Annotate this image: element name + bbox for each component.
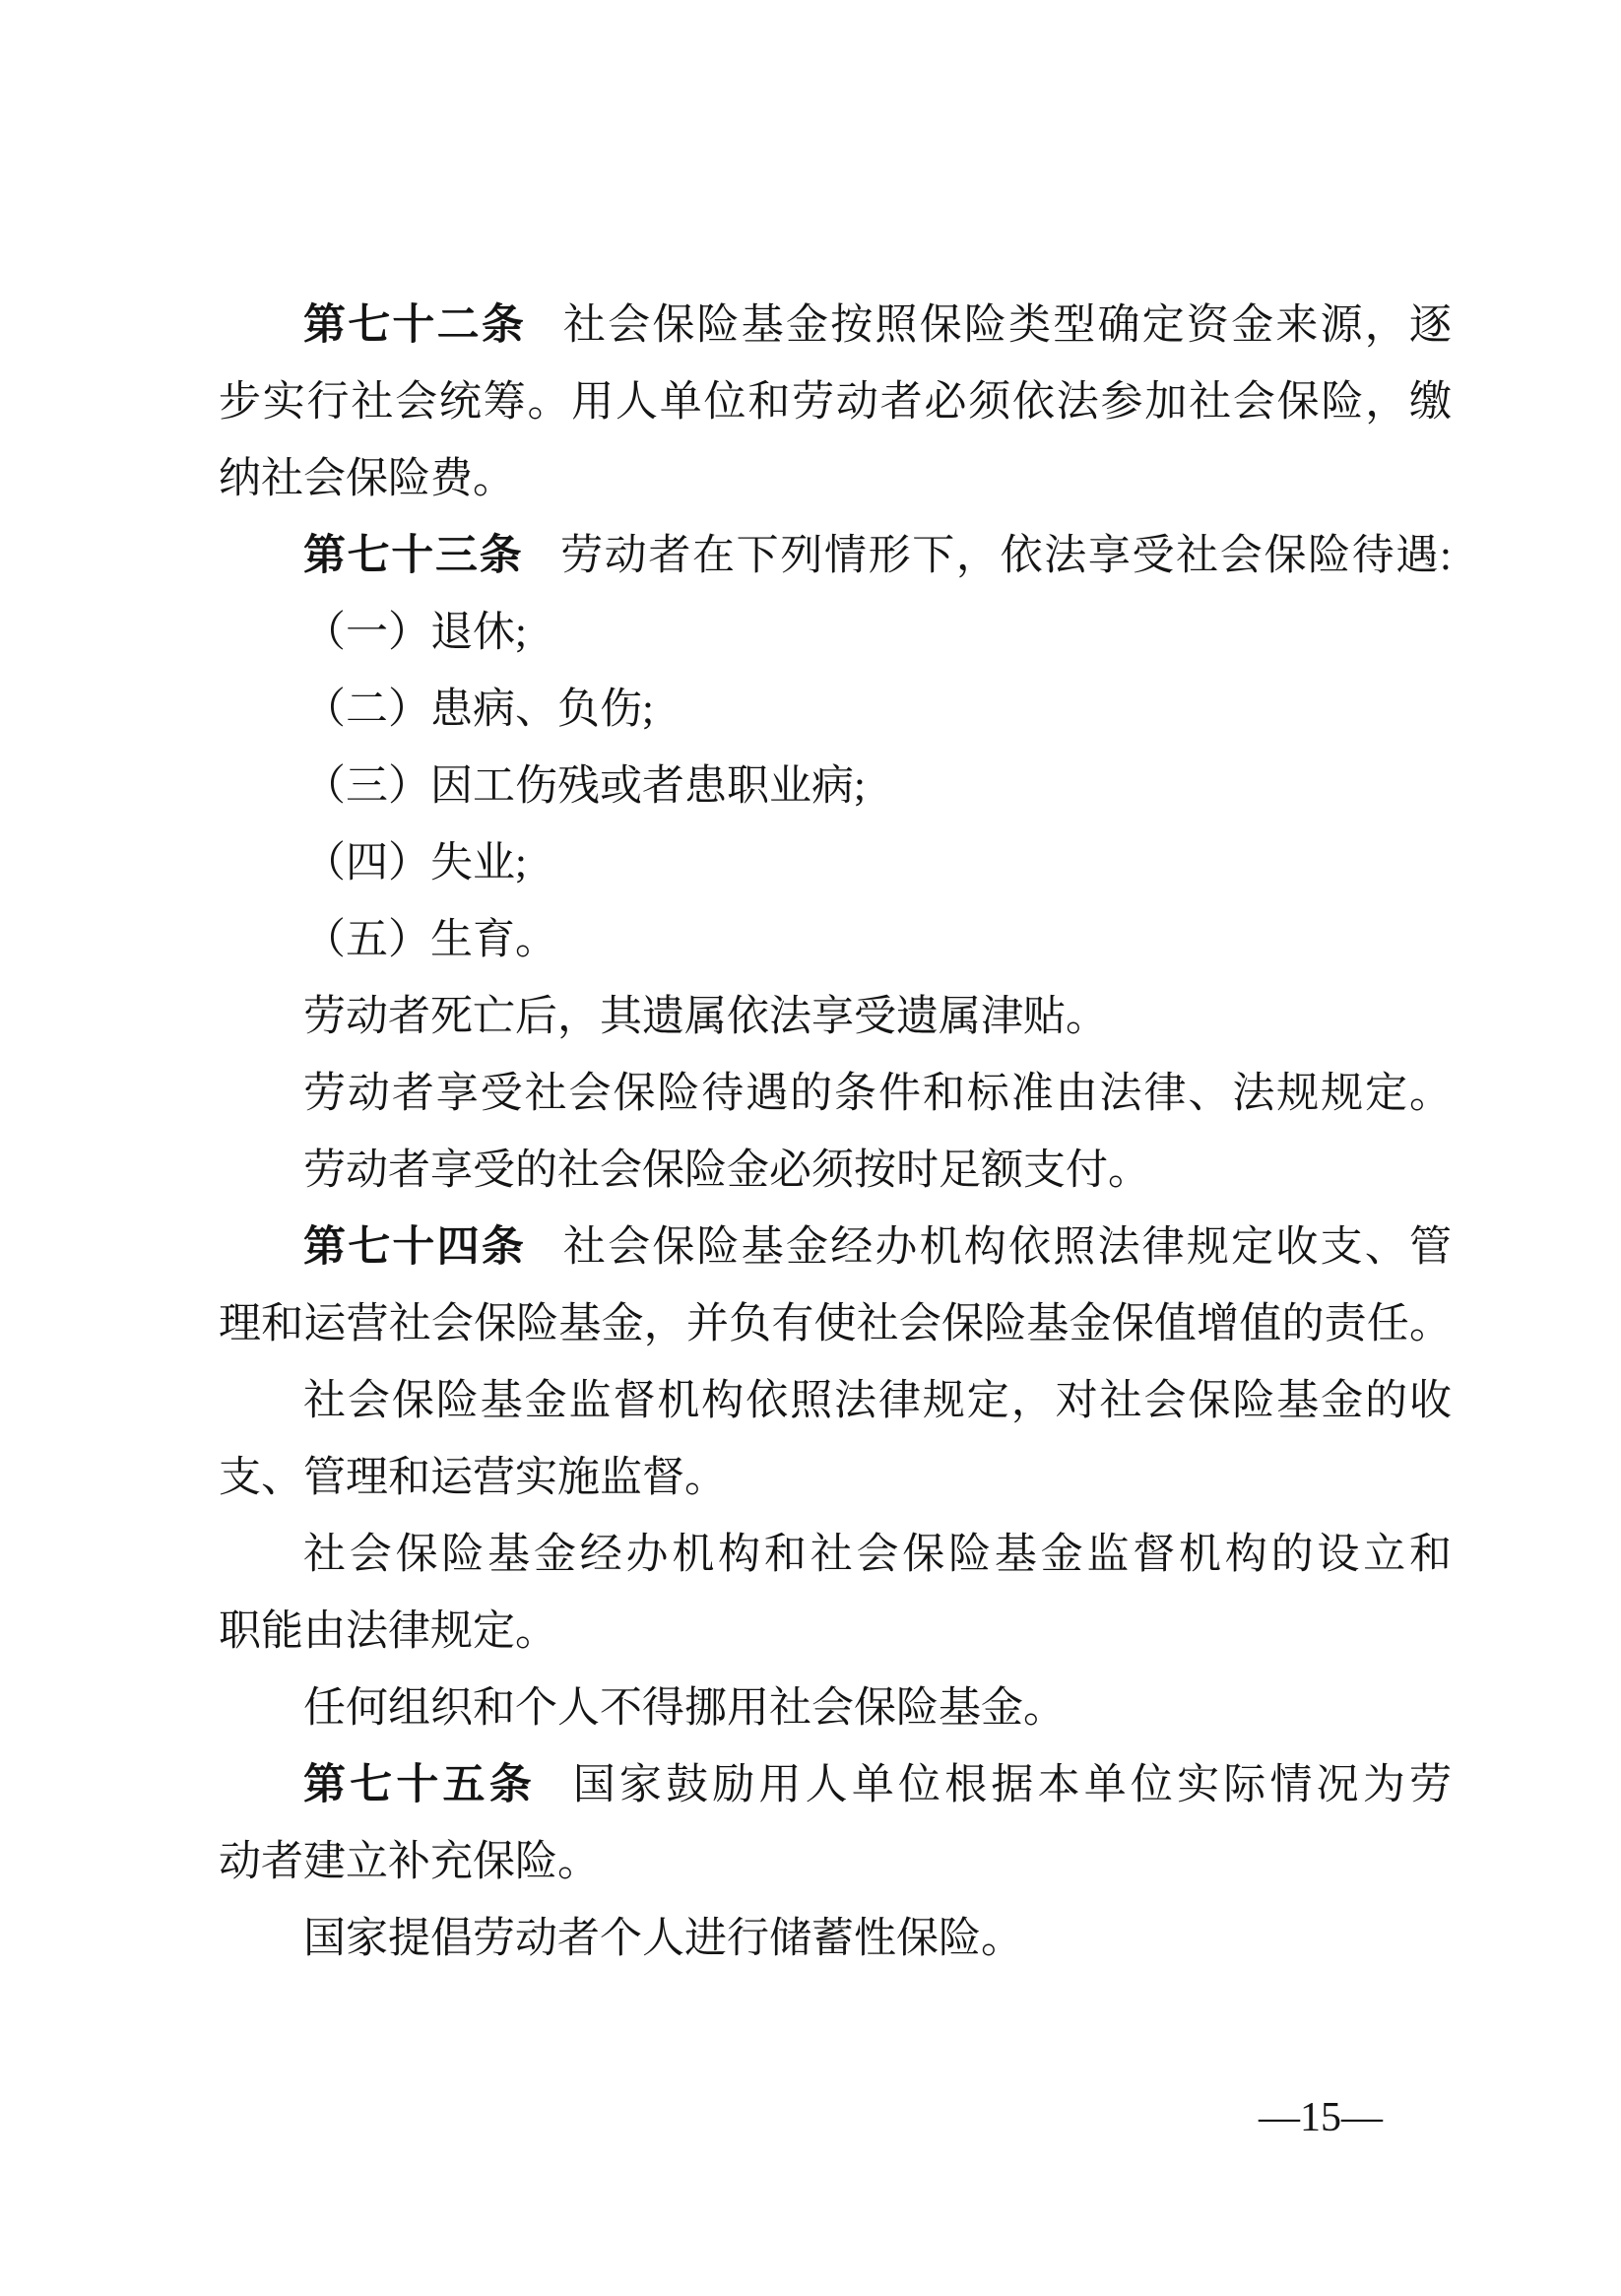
line-text: 步实行社会统筹。用人单位和劳动者必须依法参加社会保险，缴 — [219, 379, 1452, 426]
text-line: 国家提倡劳动者个人进行储蓄性保险。 — [219, 1901, 1452, 1978]
line-text: 动者建立补充保险。 — [219, 1839, 600, 1885]
line-text: 国家鼓励用人单位根据本单位实际情况为劳 — [573, 1762, 1452, 1808]
text-line: 社会保险基金监督机构依照法律规定，对社会保险基金的收 — [219, 1363, 1452, 1440]
line-text: 劳动者在下列情形下，依法享受社会保险待遇: — [560, 533, 1452, 579]
article-number: 第七十四条 — [303, 1224, 526, 1271]
text-line: 纳社会保险费。 — [219, 441, 1452, 518]
line-text: 社会保险基金按照保险类型确定资金来源，逐 — [563, 302, 1452, 349]
line-text: （一）退休; — [303, 610, 527, 656]
line-text: 理和运营社会保险基金，并负有使社会保险基金保值增值的责任。 — [219, 1301, 1452, 1347]
text-line: 社会保险基金经办机构和社会保险基金监督机构的设立和 — [219, 1517, 1452, 1594]
text-line: 步实行社会统筹。用人单位和劳动者必须依法参加社会保险，缴 — [219, 364, 1452, 441]
text-line: 第七十五条国家鼓励用人单位根据本单位实际情况为劳 — [219, 1747, 1452, 1824]
document-body: 第七十二条社会保险基金按照保险类型确定资金来源，逐步实行社会统筹。用人单位和劳动… — [219, 288, 1452, 1978]
line-text: 支、管理和运营实施监督。 — [219, 1455, 727, 1501]
text-line: （一）退休; — [219, 595, 1452, 672]
line-text: 任何组织和个人不得挪用社会保险基金。 — [303, 1685, 1066, 1732]
document-page: 第七十二条社会保险基金按照保险类型确定资金来源，逐步实行社会统筹。用人单位和劳动… — [0, 0, 1621, 2296]
line-text: （五）生育。 — [303, 917, 557, 963]
text-line: 职能由法律规定。 — [219, 1594, 1452, 1671]
line-text: 劳动者享受社会保险待遇的条件和标准由法律、法规规定。 — [303, 1071, 1452, 1117]
line-text: 劳动者享受的社会保险金必须按时足额支付。 — [303, 1148, 1150, 1194]
text-line: 支、管理和运营实施监督。 — [219, 1440, 1452, 1517]
text-line: 劳动者享受的社会保险金必须按时足额支付。 — [219, 1133, 1452, 1210]
article-number: 第七十五条 — [303, 1762, 536, 1808]
line-text: 职能由法律规定。 — [219, 1608, 557, 1655]
text-line: 劳动者死亡后，其遗属依法享受遗属津贴。 — [219, 979, 1452, 1056]
line-text: （二）患病、负伤; — [303, 687, 654, 733]
text-line: 任何组织和个人不得挪用社会保险基金。 — [219, 1671, 1452, 1747]
article-number: 第七十三条 — [303, 533, 523, 579]
page-number: —15— — [1259, 2094, 1383, 2141]
text-line: （五）生育。 — [219, 902, 1452, 979]
text-line: 理和运营社会保险基金，并负有使社会保险基金保值增值的责任。 — [219, 1286, 1452, 1363]
text-line: 第七十三条劳动者在下列情形下，依法享受社会保险待遇: — [219, 518, 1452, 595]
text-line: （二）患病、负伤; — [219, 672, 1452, 749]
line-text: 劳动者死亡后，其遗属依法享受遗属津贴。 — [303, 994, 1108, 1040]
text-line: （三）因工伤残或者患职业病; — [219, 749, 1452, 825]
line-text: （三）因工伤残或者患职业病; — [303, 763, 866, 810]
line-text: 纳社会保险费。 — [219, 456, 515, 502]
text-line: 第七十四条社会保险基金经办机构依照法律规定收支、管 — [219, 1210, 1452, 1286]
text-line: 劳动者享受社会保险待遇的条件和标准由法律、法规规定。 — [219, 1056, 1452, 1133]
article-number: 第七十二条 — [303, 302, 526, 349]
line-text: 社会保险基金经办机构依照法律规定收支、管 — [563, 1224, 1452, 1271]
text-line: 第七十二条社会保险基金按照保险类型确定资金来源，逐 — [219, 288, 1452, 364]
line-text: 社会保险基金监督机构依照法律规定，对社会保险基金的收 — [303, 1378, 1452, 1424]
line-text: （四）失业; — [303, 840, 527, 886]
text-line: （四）失业; — [219, 825, 1452, 902]
text-line: 动者建立补充保险。 — [219, 1824, 1452, 1901]
line-text: 国家提倡劳动者个人进行储蓄性保险。 — [303, 1916, 1023, 1962]
line-text: 社会保险基金经办机构和社会保险基金监督机构的设立和 — [303, 1532, 1452, 1578]
